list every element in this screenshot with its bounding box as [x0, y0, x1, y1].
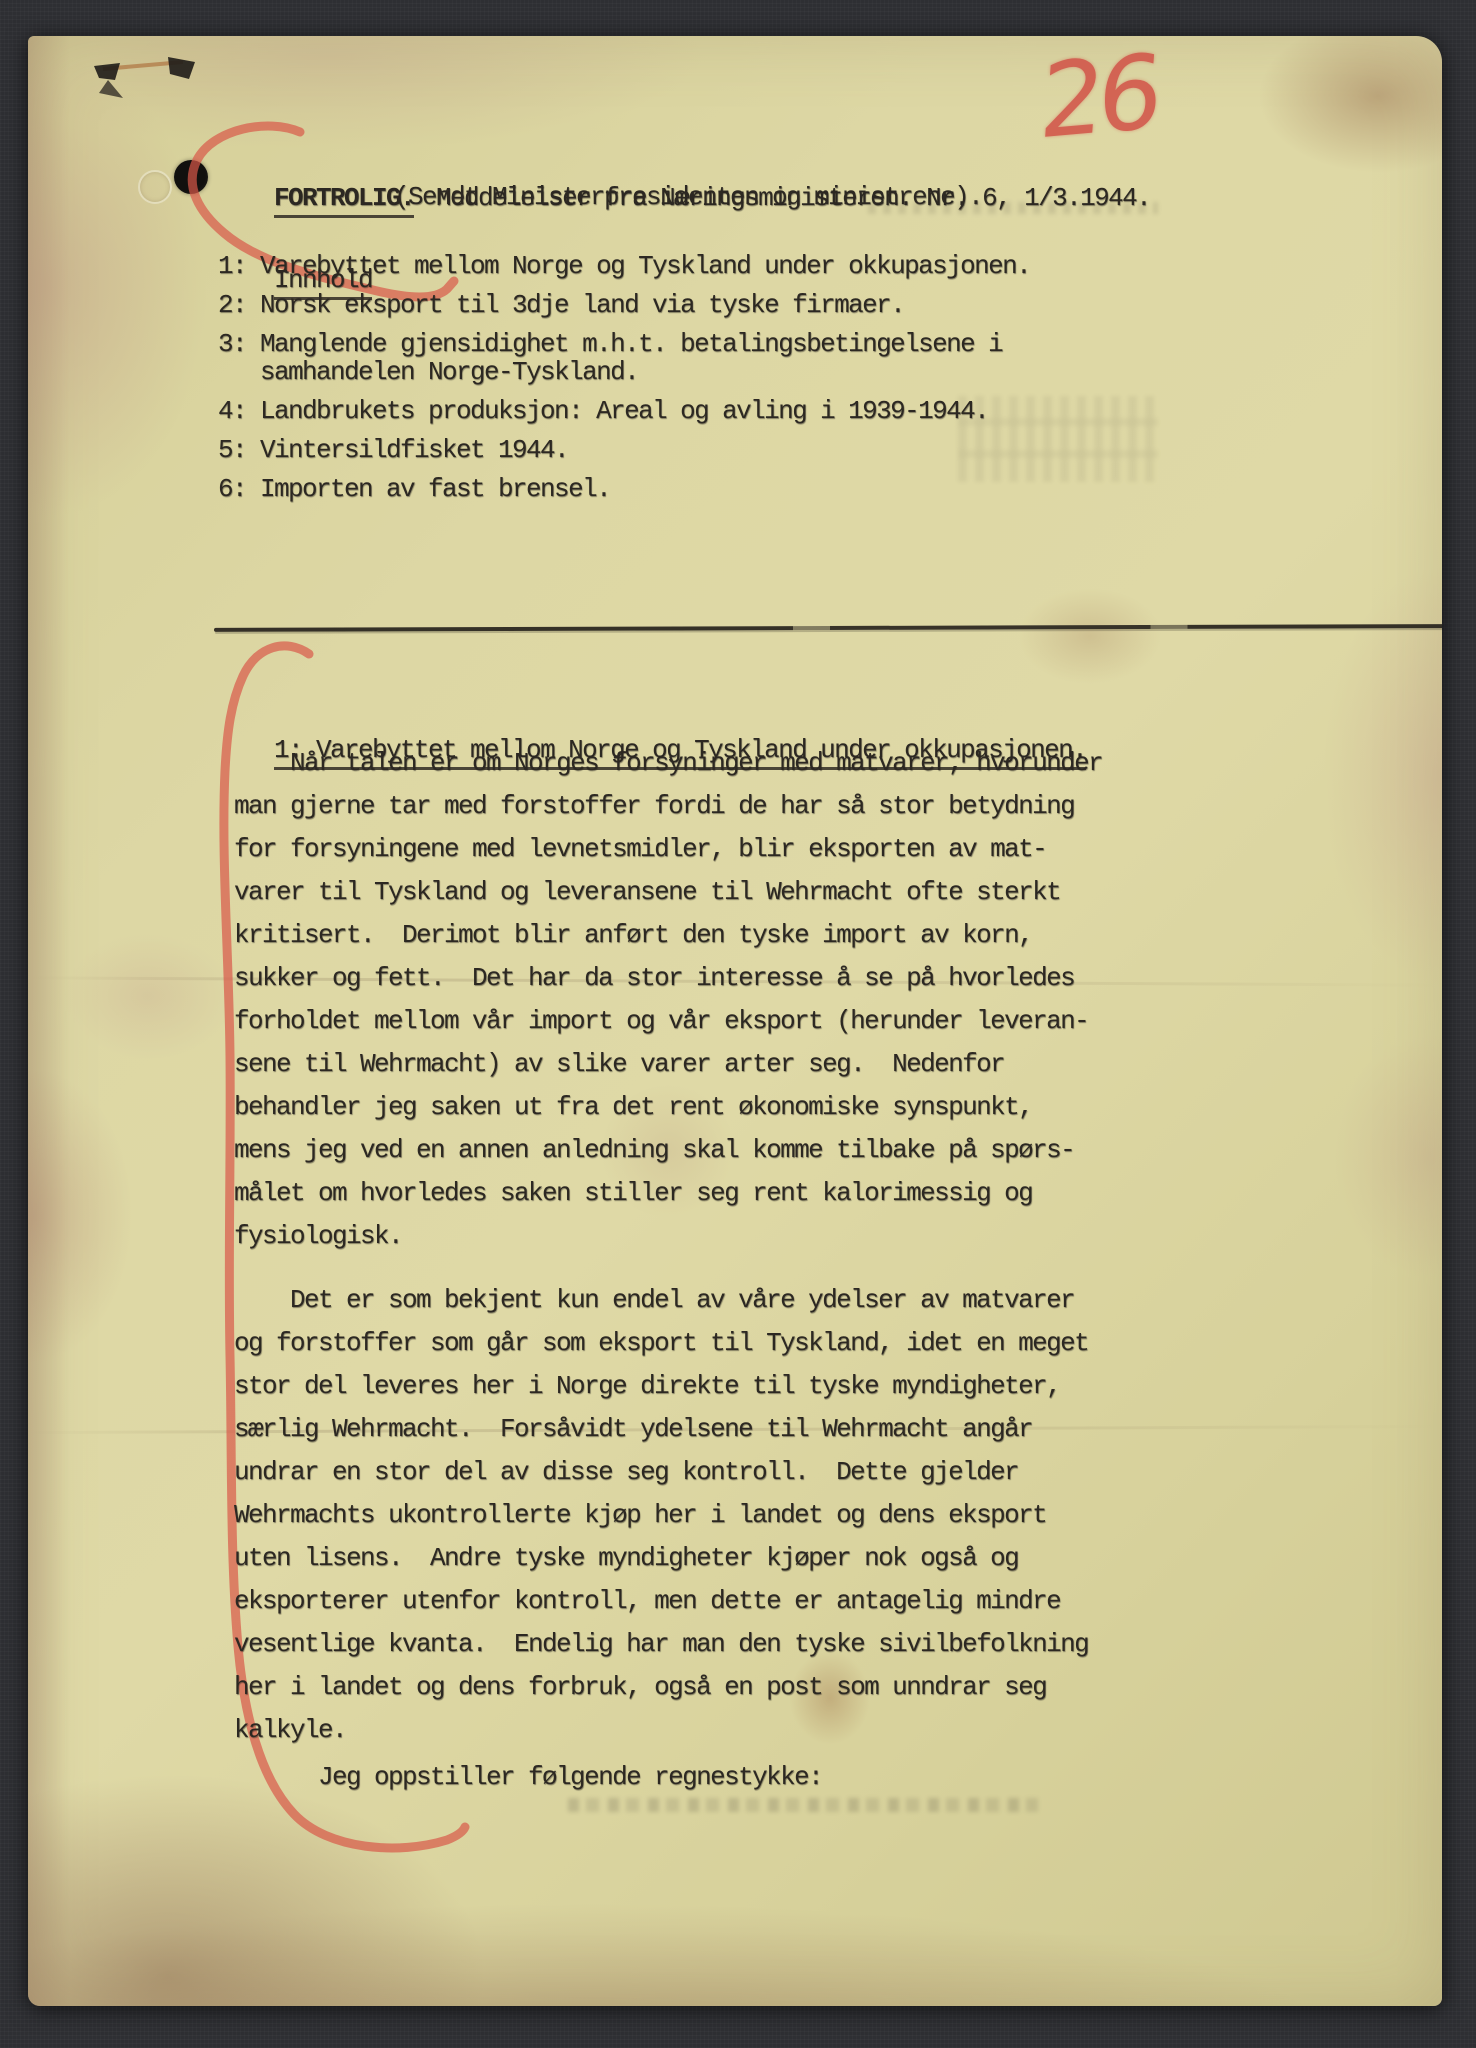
toc-item: 6: Importen av fast brensel.	[218, 475, 1268, 503]
rust-line	[103, 62, 183, 69]
body-paragraph-2: Det er som bekjent kun endel av våre yde…	[234, 1279, 1244, 1752]
table-of-contents: 1: Varebyttet mellom Norge og Tyskland u…	[218, 252, 1268, 514]
toc-item: 2: Norsk eksport til 3dje land via tyske…	[218, 291, 1268, 319]
staple-rust-mark	[28, 36, 248, 126]
hole-punch-emboss	[138, 170, 172, 204]
toc-item: 1: Varebyttet mellom Norge og Tyskland u…	[218, 252, 1268, 280]
document-subtitle: (Sendt Ministerpresidenten og ministrene…	[394, 176, 982, 219]
scanner-background: { "document": { "page_number_annotation"…	[0, 0, 1476, 2048]
staple-flap	[99, 80, 123, 98]
closing-line: Jeg oppstiller følgende regnestykke:	[234, 1756, 1244, 1799]
staple-end-right	[168, 57, 195, 79]
toc-item: 5: Vintersildfisket 1944.	[218, 436, 1268, 464]
staple-end-left	[94, 63, 120, 80]
bleed-through-marks	[568, 1798, 1038, 1812]
body-paragraph-1: Når talen er om Norges forsyninger med m…	[234, 742, 1244, 1258]
divider-line	[214, 624, 1442, 632]
hole-punch	[174, 160, 208, 194]
toc-item: 3: Manglende gjensidighet m.h.t. betalin…	[218, 330, 1268, 386]
document-page: 26 FORTROLIG.Meddelelser fra Næringsmini…	[28, 36, 1442, 2006]
toc-item: 4: Landbrukets produksjon: Areal og avli…	[218, 397, 1268, 425]
